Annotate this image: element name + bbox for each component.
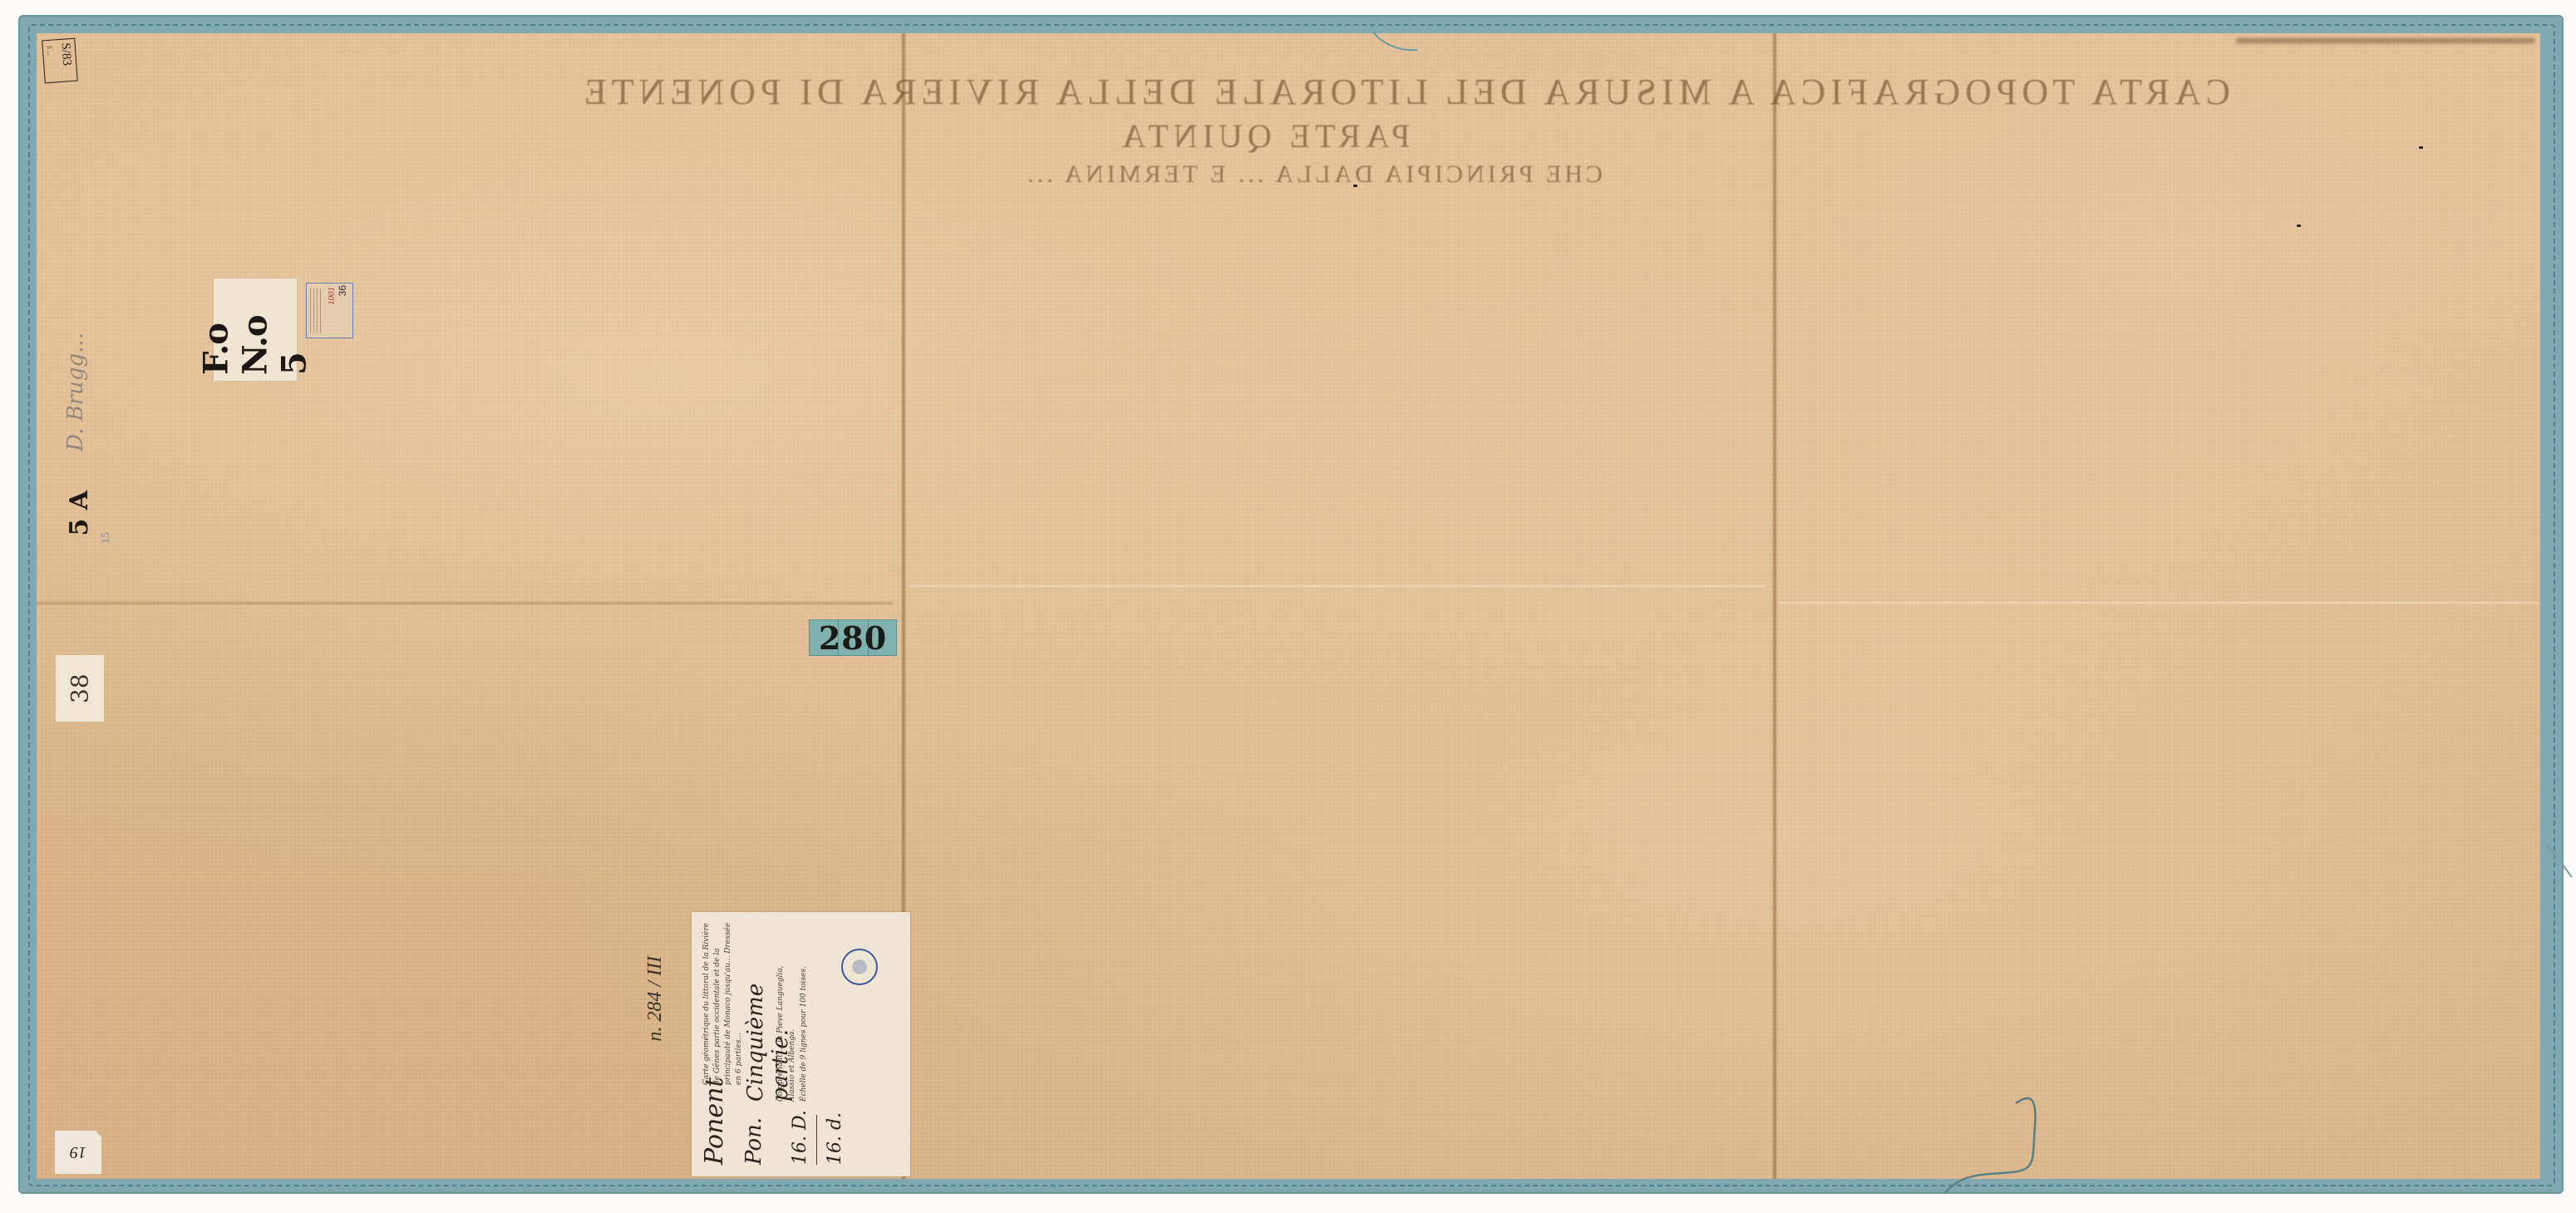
linen-backing — [37, 33, 2540, 1179]
label-detail-line: Comprenant ... la Pieve Langueglia, — [775, 919, 786, 1102]
library-seal-icon — [841, 949, 878, 985]
label-detail-line: Alassio et Albenga. — [786, 919, 798, 1102]
folio-number-label: F.o N.o 5 — [214, 279, 297, 381]
stamp-text-lines — [310, 288, 323, 333]
label-volume-2: 16. d. — [825, 1112, 845, 1165]
glue-stain — [2236, 38, 2535, 43]
mirrored-title-line-1: Carta Topografica a misura del Litorale … — [357, 71, 2452, 113]
label-detail-lines: Comprenant ... la Pieve Langueglia, Alas… — [775, 919, 810, 1102]
fold-crease-right — [1778, 601, 2539, 604]
fold-seam-right — [1772, 33, 1777, 1179]
ink-speck — [2297, 224, 2301, 227]
ink-speck — [1353, 185, 1357, 187]
side-tag-text: 38 — [56, 655, 104, 722]
side-tag: 38 — [56, 655, 104, 722]
shelf-mark: 5 A — [65, 491, 94, 536]
label-description: Carte géométrique du littoral de la Rivi… — [702, 919, 745, 1085]
pencil-small-number: 15 — [100, 532, 113, 544]
loose-thread-right — [2544, 844, 2576, 881]
label-volume-1: 16. D. — [790, 1110, 810, 1165]
stamp-number: 36 — [337, 285, 348, 296]
inventory-sub: 5 ... — [46, 46, 54, 57]
corner-tag-text: 19 — [55, 1131, 101, 1174]
archive-stamp: 1001 36 — [306, 283, 353, 338]
loose-thread-top — [1372, 30, 1421, 55]
ink-speck — [2419, 146, 2423, 149]
fold-seam-horizontal — [37, 601, 893, 605]
mirrored-title-line-3: Che principia dalla ... e termina ... — [582, 160, 2045, 189]
label-abbreviation: Pon. — [741, 1117, 766, 1165]
handwritten-number: n. 284 / III — [644, 956, 667, 1042]
loose-thread-bottom — [1937, 1093, 2070, 1201]
fold-crease-center — [909, 584, 1766, 588]
label-title: Ponent — [700, 1077, 729, 1165]
label-detail-line: Échelle de 9 lignes pour 100 toises. — [798, 919, 810, 1102]
label-rule — [816, 1115, 817, 1165]
inventory-code: S/83 — [58, 42, 74, 67]
pencil-annotation: D. Brugg... — [63, 333, 88, 451]
corner-tag: 19 — [55, 1131, 101, 1174]
number-tag-280: 280 — [809, 619, 897, 656]
stamp-red-number: 1001 — [327, 287, 337, 305]
ponent-catalog-label: Ponent Carte géométrique du littoral de … — [692, 912, 910, 1176]
folio-number-text: F.o N.o 5 — [219, 285, 292, 375]
inventory-box-stamp: S/83 5 ... — [42, 38, 78, 84]
mirrored-title-line-2: Parte Quinta — [1089, 116, 1438, 155]
